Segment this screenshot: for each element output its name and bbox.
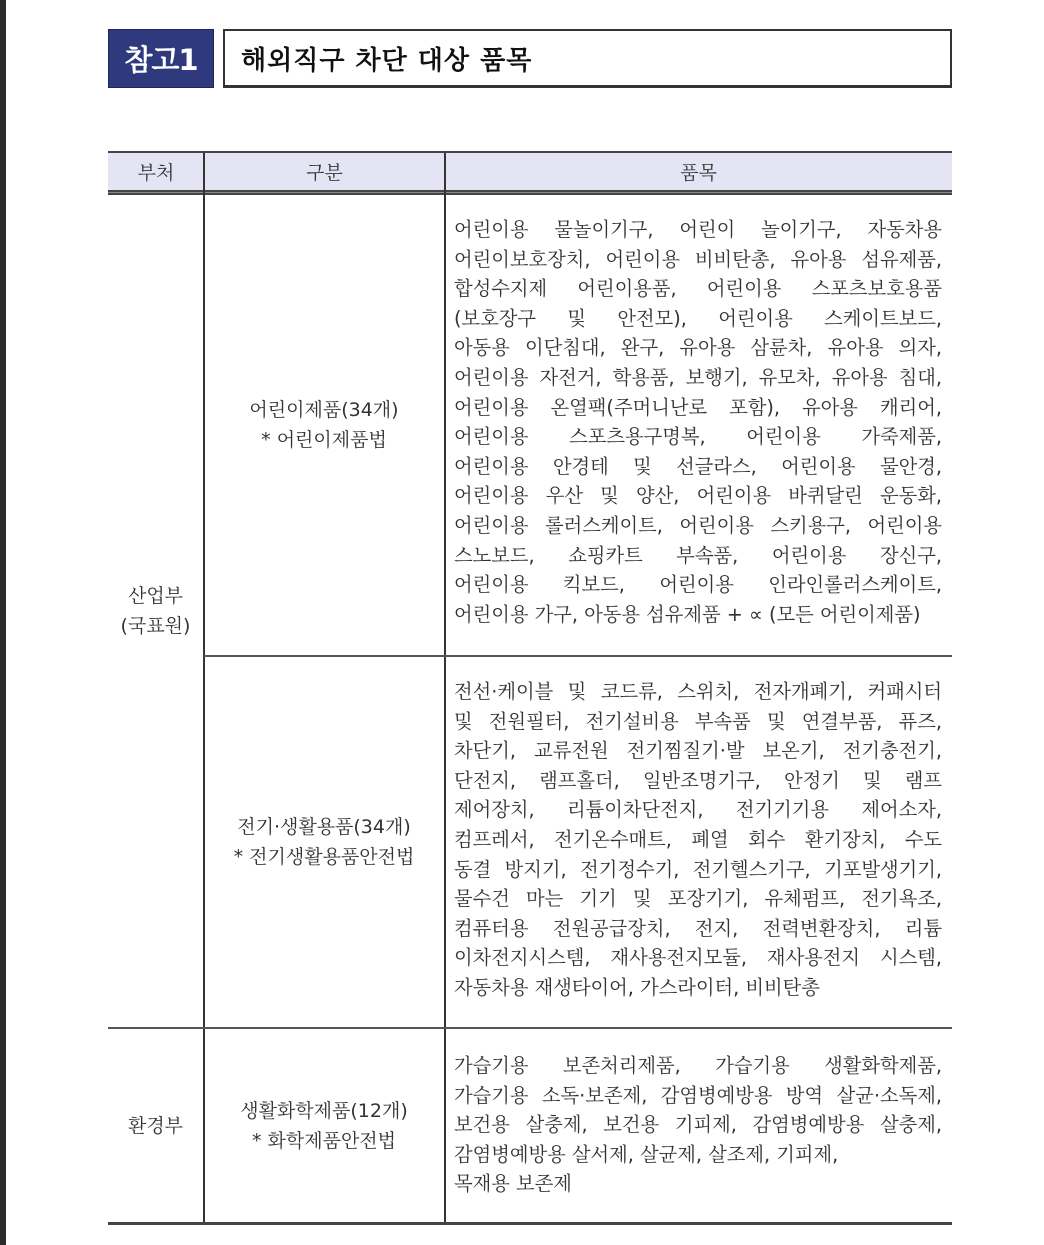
reference-badge: 참고1	[108, 29, 214, 88]
page-title-text: 해외직구 차단 대상 품목	[241, 40, 532, 77]
items-line: 아동용 이단침대, 완구, 유아용 삼륜차, 유아용 의자,	[454, 333, 942, 363]
items-line: 가습기용 보존처리제품, 가습기용 생활화학제품,	[454, 1051, 942, 1081]
ministry-agency: (국표원)	[121, 611, 191, 641]
category-name: 어린이제품(34개)	[249, 395, 398, 425]
items-line: 보건용 살충제, 보건용 기피제, 감염병예방용 살충제,	[454, 1110, 942, 1140]
ministry-name: 산업부	[128, 581, 183, 611]
items-line: 합성수지제 어린이용품, 어린이용 스포츠보호용품	[454, 274, 942, 304]
items-line: 전선·케이블 및 코드류, 스위치, 전자개폐기, 커패시터	[454, 677, 942, 707]
category-law: * 화학제품안전법	[252, 1126, 396, 1156]
category-law: * 전기생활용품안전법	[234, 842, 415, 872]
ministry-cell: 산업부 (국표원)	[108, 195, 203, 1027]
items-cell: 전선·케이블 및 코드류, 스위치, 전자개폐기, 커패시터 및 전원필터, 전…	[454, 677, 942, 1003]
items-line: (보호장구 및 안전모), 어린이용 스케이트보드,	[454, 304, 942, 334]
items-line: 컴퓨터용 전원공급장치, 전지, 전력변환장치, 리튬	[454, 914, 942, 944]
ministry-name: 환경부	[128, 1111, 183, 1141]
header-items: 품목	[445, 153, 952, 190]
items-line: 물수건 마는 기기 및 포장기기, 유체펌프, 전기욕조,	[454, 884, 942, 914]
items-line: 자동차용 재생타이어, 가스라이터, 비비탄총	[454, 973, 942, 1003]
items-line: 이차전지시스템, 재사용전지모듈, 재사용전지 시스템,	[454, 943, 942, 973]
items-line: 어린이용 물놀이기구, 어린이 놀이기구, 자동차용	[454, 215, 942, 245]
items-line: 제어장치, 리튬이차단전지, 전기기기용 제어소자,	[454, 795, 942, 825]
items-line: 어린이보호장치, 어린이용 비비탄총, 유아용 섬유제품,	[454, 245, 942, 275]
items-line: 어린이용 자전거, 학용품, 보행기, 유모차, 유아용 침대,	[454, 363, 942, 393]
items-line: 동결 방지기, 전기정수기, 전기헬스기구, 기포발생기기,	[454, 855, 942, 885]
items-line: 어린이용 가구, 아동용 섬유제품 + ∝ (모든 어린이제품)	[454, 600, 942, 630]
viewer-edge	[0, 0, 6, 1245]
items-line: 어린이용 롤러스케이트, 어린이용 스키용구, 어린이용	[454, 511, 942, 541]
items-line: 어린이용 스포츠용구명복, 어린이용 가죽제품,	[454, 422, 942, 452]
items-line: 목재용 보존제	[454, 1169, 942, 1199]
items-line: 감염병예방용 살서제, 살균제, 살조제, 기피제,	[454, 1140, 942, 1170]
items-line: 차단기, 교류전원 전기찜질기·발 보온기, 전기충전기,	[454, 736, 942, 766]
page-title: 해외직구 차단 대상 품목	[223, 29, 952, 88]
category-name: 전기·생활용품(34개)	[237, 812, 411, 842]
column-divider	[444, 153, 446, 1224]
category-name: 생활화학제품(12개)	[240, 1096, 407, 1126]
items-line: 가습기용 소독·보존제, 감염병예방용 방역 살균·소독제,	[454, 1081, 942, 1111]
items-line: 어린이용 우산 및 양산, 어린이용 바퀴달린 운동화,	[454, 481, 942, 511]
items-line: 어린이용 킥보드, 어린이용 인라인롤러스케이트,	[454, 570, 942, 600]
category-law: * 어린이제품법	[261, 425, 387, 455]
category-cell: 전기·생활용품(34개) * 전기생활용품안전법	[204, 657, 444, 1027]
items-line: 단전지, 램프홀더, 일반조명기구, 안정기 및 램프	[454, 766, 942, 796]
items-line: 스노보드, 쇼핑카트 부속품, 어린이용 장신구,	[454, 541, 942, 571]
items-line: 어린이용 안경테 및 선글라스, 어린이용 물안경,	[454, 452, 942, 482]
items-line: 어린이용 온열팩(주머니난로 포함), 유아용 캐리어,	[454, 393, 942, 423]
category-cell: 어린이제품(34개) * 어린이제품법	[204, 195, 444, 655]
header-category: 구분	[204, 153, 445, 190]
table-bottom-border	[108, 1222, 952, 1225]
ministry-cell: 환경부	[108, 1029, 203, 1222]
items-line: 및 전원필터, 전기설비용 부속품 및 연결부품, 퓨즈,	[454, 707, 942, 737]
header-ministry: 부처	[108, 153, 204, 190]
items-line: 컴프레서, 전기온수매트, 폐열 회수 환기장치, 수도	[454, 825, 942, 855]
items-cell: 어린이용 물놀이기구, 어린이 놀이기구, 자동차용 어린이보호장치, 어린이용…	[454, 215, 942, 629]
items-cell: 가습기용 보존처리제품, 가습기용 생활화학제품, 가습기용 소독·보존제, 감…	[454, 1051, 942, 1199]
category-cell: 생활화학제품(12개) * 화학제품안전법	[204, 1029, 444, 1222]
